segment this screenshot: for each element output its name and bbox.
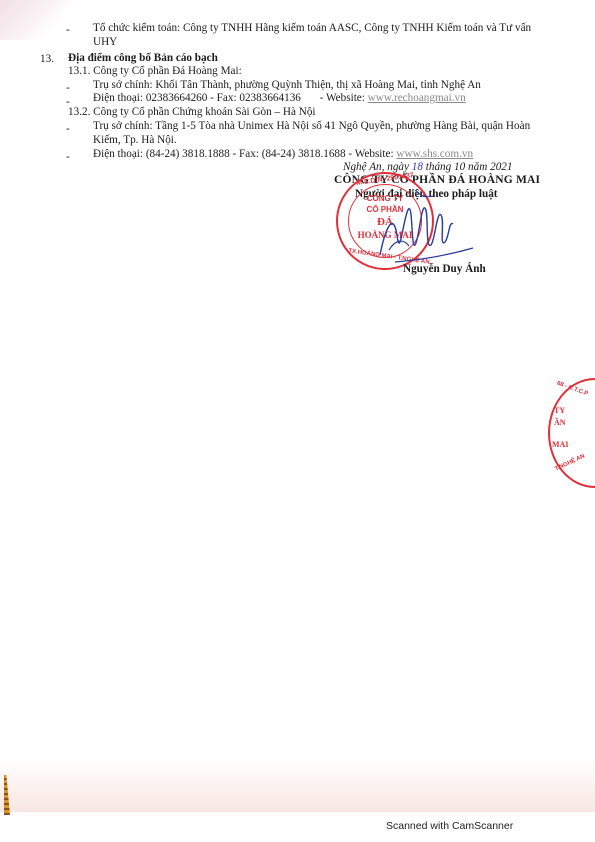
subsection-13-2-address: Trụ sở chính: Tầng 1-5 Tòa nhà Unimex Hà…	[93, 120, 530, 133]
website-link[interactable]: www.shs.com.vn	[396, 148, 473, 160]
edge-stamp-line-1: TY	[554, 406, 565, 415]
edge-stamp-fragment: 68 - C.T.C.P TY ẦN MAI T.NGHỆ AN	[548, 378, 595, 488]
website-label: - Website:	[320, 92, 368, 104]
bullet-dash: -	[66, 82, 70, 94]
bullet-dash: -	[66, 123, 70, 135]
edge-stamp-line-3: MAI	[552, 440, 568, 449]
edge-stamp-line-2: ẦN	[554, 418, 566, 427]
signing-date: Nghệ An, ngày 18 tháng 10 năm 2021	[343, 161, 512, 174]
subsection-13-2-contact: Điện thoại: (84-24) 3818.1888 - Fax: (84…	[93, 148, 473, 161]
scan-bottom-shadow	[0, 760, 595, 812]
section-number: 13.	[40, 53, 54, 66]
website-link[interactable]: www.rechoangmai.vn	[368, 92, 466, 104]
auditor-line-cont: UHY	[93, 36, 117, 49]
handwritten-day: 18	[412, 161, 423, 173]
section-title: Địa điểm công bố Bản cáo bạch	[68, 52, 218, 65]
phone-fax: Điện thoại: (84-24) 3818.1888 - Fax: (84…	[93, 148, 396, 160]
subsection-13-1-heading: 13.1. Công ty Cổ phần Đá Hoàng Mai:	[68, 65, 242, 78]
subsection-13-2-address-cont: Kiếm, Tp. Hà Nội.	[93, 134, 177, 147]
signer-name: Nguyễn Duy Ánh	[403, 263, 486, 276]
bullet-dash: -	[66, 151, 70, 163]
edge-stamp-ring-bottom: T.NGHỆ AN	[554, 453, 586, 472]
scan-corner-shadow	[0, 0, 70, 40]
bullet-dash: -	[66, 24, 70, 36]
camscanner-watermark: Scanned with CamScanner	[386, 820, 513, 832]
subsection-13-1-contact: Điện thoại: 02383664260 - Fax: 023836641…	[93, 92, 466, 105]
phone-fax: Điện thoại: 02383664260 - Fax: 023836641…	[93, 92, 301, 104]
subsection-13-1-address: Trụ sở chính: Khối Tân Thành, phường Quỳ…	[93, 79, 481, 92]
auditor-line: Tổ chức kiểm toán: Công ty TNHH Hãng kiể…	[93, 22, 531, 35]
subsection-13-2-heading: 13.2. Công ty Cổ phần Chứng khoán Sài Gò…	[68, 106, 316, 119]
edge-stamp-ring: 68 - C.T.C.P	[556, 381, 589, 398]
